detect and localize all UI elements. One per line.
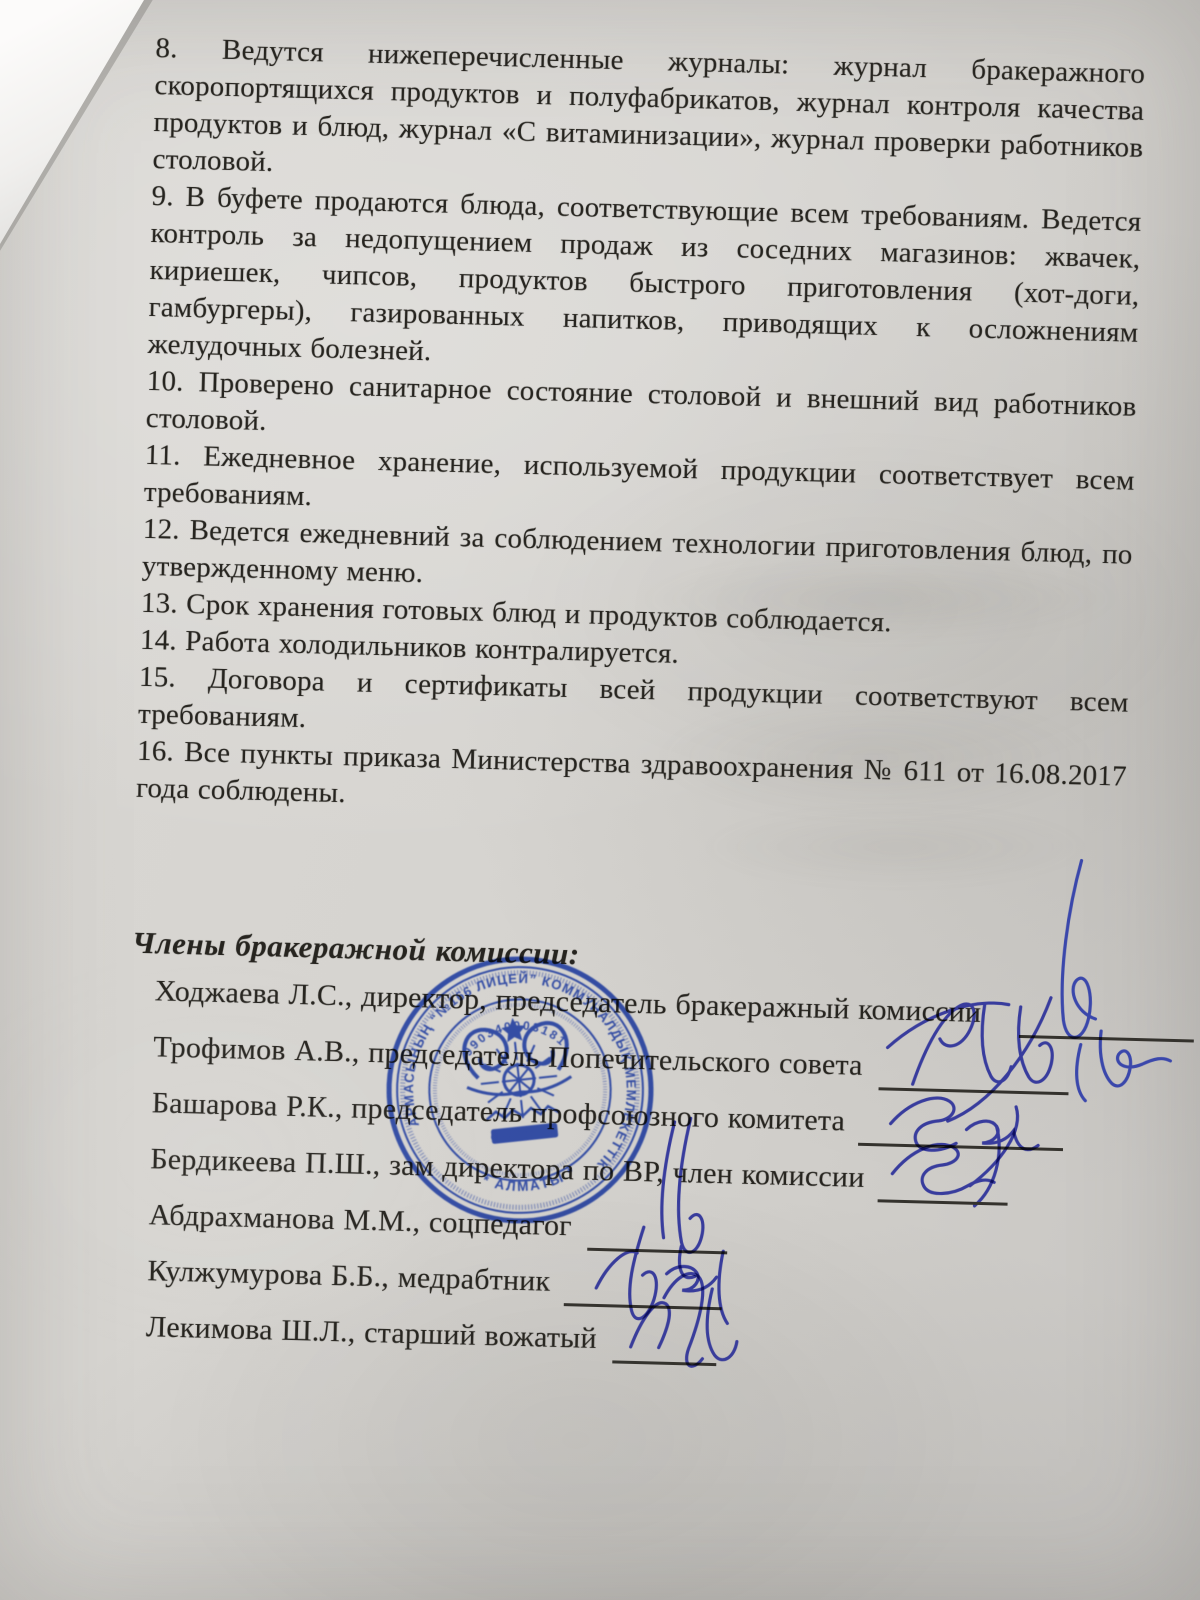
- signature-line: [564, 1281, 723, 1310]
- member-name: Кулжумурова Б.Б., медрабтник: [147, 1254, 551, 1298]
- signature-line: [878, 1177, 1009, 1205]
- document-paragraph: 9. В буфете продаются блюда, соответству…: [147, 178, 1142, 389]
- signature-line: [858, 1121, 1064, 1151]
- signature-line: [878, 1065, 1069, 1095]
- member-name: Лекимова Ш.Л., старший вожатый: [146, 1310, 598, 1355]
- document-paragraph: 8. Ведутся нижеперечисленные журналы: жу…: [152, 30, 1146, 204]
- signature-line: [587, 1226, 728, 1255]
- signature-line: [612, 1338, 717, 1366]
- scanned-document-photo: 8. Ведутся нижеперечисленные журналы: жу…: [0, 0, 1200, 1600]
- page-corner-fold: [0, 0, 156, 252]
- official-stamp: БІЛІМ БАСҚАРМАСЫНЫҢ “№166 ЛИЦЕЙ” КОММУНА…: [369, 939, 670, 1240]
- signature-line: [1019, 1013, 1195, 1043]
